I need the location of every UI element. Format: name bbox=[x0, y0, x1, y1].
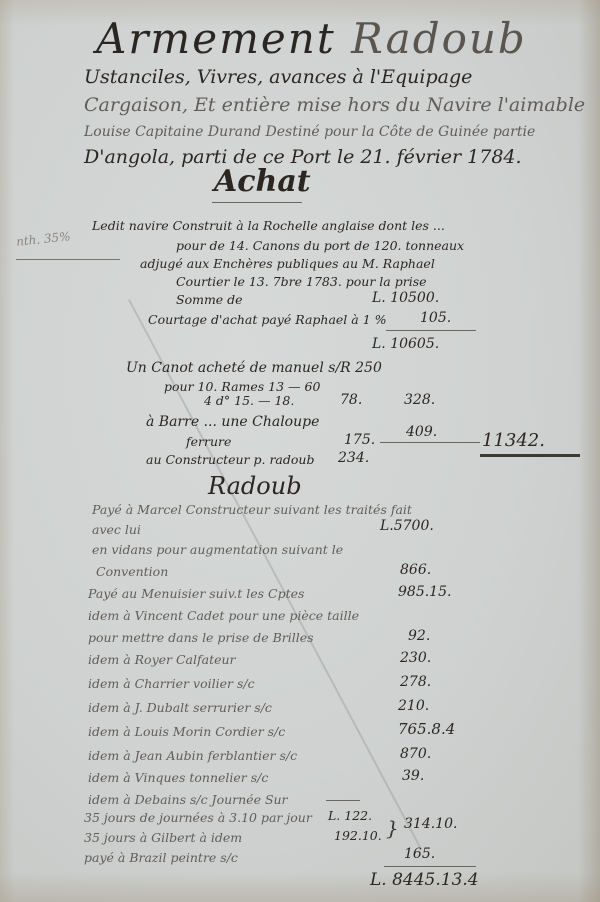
title-armement: Armement bbox=[96, 14, 336, 63]
chaloupe-line-1: à Barre ... une Chaloupe bbox=[146, 414, 319, 430]
subtotal-rule bbox=[386, 330, 476, 331]
chaloupe-line-2: ferrure bbox=[186, 434, 231, 449]
radoub-item-7: idem à Royer Calfateur bbox=[88, 652, 236, 667]
radoub-amount-16: 165. bbox=[404, 846, 435, 862]
radoub-amount-9: 210. bbox=[398, 698, 429, 714]
radoub-amount-11: 870. bbox=[400, 746, 431, 762]
achat-line-6: Courtage d'achat payé Raphael à 1 % bbox=[148, 312, 387, 327]
radoub-amount-6: 92. bbox=[408, 628, 430, 644]
manuscript-page: Armement Radoub Ustanciles, Vivres, avan… bbox=[0, 0, 600, 902]
radoub-short-rule bbox=[326, 800, 360, 801]
radoub-item-6: pour mettre dans le prise de Brilles bbox=[88, 630, 314, 645]
radoub-item-0: Payé à Marcel Constructeur suivant les t… bbox=[92, 502, 412, 517]
canot-line-3: 4 d° 15. — 18. bbox=[204, 393, 294, 408]
radoub-item-11: idem à Jean Aubin ferblantier s/c bbox=[88, 748, 297, 763]
radoub-item-13: idem à Debains s/c Journée Sur bbox=[88, 792, 288, 807]
radoub-item-1: avec lui bbox=[92, 522, 141, 537]
achat-line-2: pour de 14. Canons du port de 120. tonne… bbox=[176, 238, 464, 253]
radoub-item-10: idem à Louis Morin Cordier s/c bbox=[88, 724, 285, 739]
radoub-amount-14: 314.10. bbox=[404, 816, 457, 832]
grand-total-achat: 11342. bbox=[482, 430, 545, 451]
canot-total: 328. bbox=[404, 392, 435, 408]
achat-line-5: Somme de bbox=[176, 292, 243, 307]
canot-line-2: pour 10. Rames 13 — 60 bbox=[164, 379, 320, 394]
radoub-item-14: 35 jours de journées à 3.10 par jour bbox=[84, 810, 312, 825]
radoub-item-8: idem à Charrier voilier s/c bbox=[88, 676, 255, 691]
margin-rule bbox=[16, 259, 120, 260]
radoub-amount-12: 39. bbox=[402, 768, 424, 784]
amount-price: L. 10500. bbox=[372, 290, 439, 306]
margin-annotation: nth. 35% bbox=[15, 229, 71, 249]
heading-line-2: Cargaison, Et entière mise hors du Navir… bbox=[84, 94, 585, 116]
section-heading-achat: Achat bbox=[214, 164, 311, 199]
radoub-subamount-15: 192.10. bbox=[334, 828, 382, 843]
achat-line-4: Courtier le 13. 7bre 1783. pour la prise bbox=[176, 274, 427, 289]
achat-line-3: adjugé aux Enchères publiques au M. Raph… bbox=[140, 256, 435, 271]
amount-courtage: 105. bbox=[420, 310, 451, 326]
chaloupe-line-3: au Constructeur p. radoub bbox=[146, 452, 314, 467]
radoub-item-4: Payé au Menuisier suiv.t les Cptes bbox=[88, 586, 304, 601]
radoub-total-rule bbox=[384, 866, 476, 867]
radoub-subamount-14: L. 122. bbox=[328, 808, 372, 823]
radoub-item-3: Convention bbox=[96, 564, 168, 579]
heading-line-3: Louise Capitaine Durand Destiné pour la … bbox=[84, 124, 535, 140]
radoub-item-9: idem à J. Dubalt serrurier s/c bbox=[88, 700, 272, 715]
radoub-amount-1: L.5700. bbox=[380, 518, 434, 534]
document-title: Armement Radoub bbox=[96, 14, 527, 63]
radoub-item-12: idem à Vinques tonnelier s/c bbox=[88, 770, 268, 785]
canot-line-1: Un Canot acheté de manuel s/R 250 bbox=[126, 360, 382, 376]
radoub-amount-4: 985.15. bbox=[398, 584, 451, 600]
brace: } bbox=[386, 816, 399, 840]
achat-double-rule bbox=[480, 454, 580, 457]
radoub-amount-3: 866. bbox=[400, 562, 431, 578]
chaloupe-total: 409. bbox=[406, 424, 437, 440]
chaloupe-amount-2: 175. bbox=[344, 432, 375, 448]
title-radoub: Radoub bbox=[351, 14, 527, 63]
radoub-amount-8: 278. bbox=[400, 674, 431, 690]
heading-line-1: Ustanciles, Vivres, avances à l'Equipage bbox=[84, 66, 472, 88]
achat-underline bbox=[212, 202, 302, 203]
amount-subtotal: L. 10605. bbox=[372, 336, 439, 352]
radoub-amount-7: 230. bbox=[400, 650, 431, 666]
radoub-item-5: idem à Vincent Cadet pour une pièce tail… bbox=[88, 608, 359, 623]
canot-subtotal: 78. bbox=[340, 392, 362, 408]
radoub-item-16: payé à Brazil peintre s/c bbox=[84, 850, 238, 865]
radoub-amount-10: 765.8.4 bbox=[398, 720, 455, 738]
section-heading-radoub: Radoub bbox=[208, 472, 302, 500]
radoub-total: L. 8445.13.4 bbox=[370, 870, 479, 890]
chaloupe-amount-3: 234. bbox=[338, 450, 369, 466]
radoub-item-2: en vidans pour augmentation suivant le bbox=[92, 542, 343, 557]
achat-total-rule bbox=[380, 442, 480, 443]
radoub-item-15: 35 jours à Gilbert à idem bbox=[84, 830, 242, 845]
achat-line-1: Ledit navire Construit à la Rochelle ang… bbox=[92, 218, 445, 233]
